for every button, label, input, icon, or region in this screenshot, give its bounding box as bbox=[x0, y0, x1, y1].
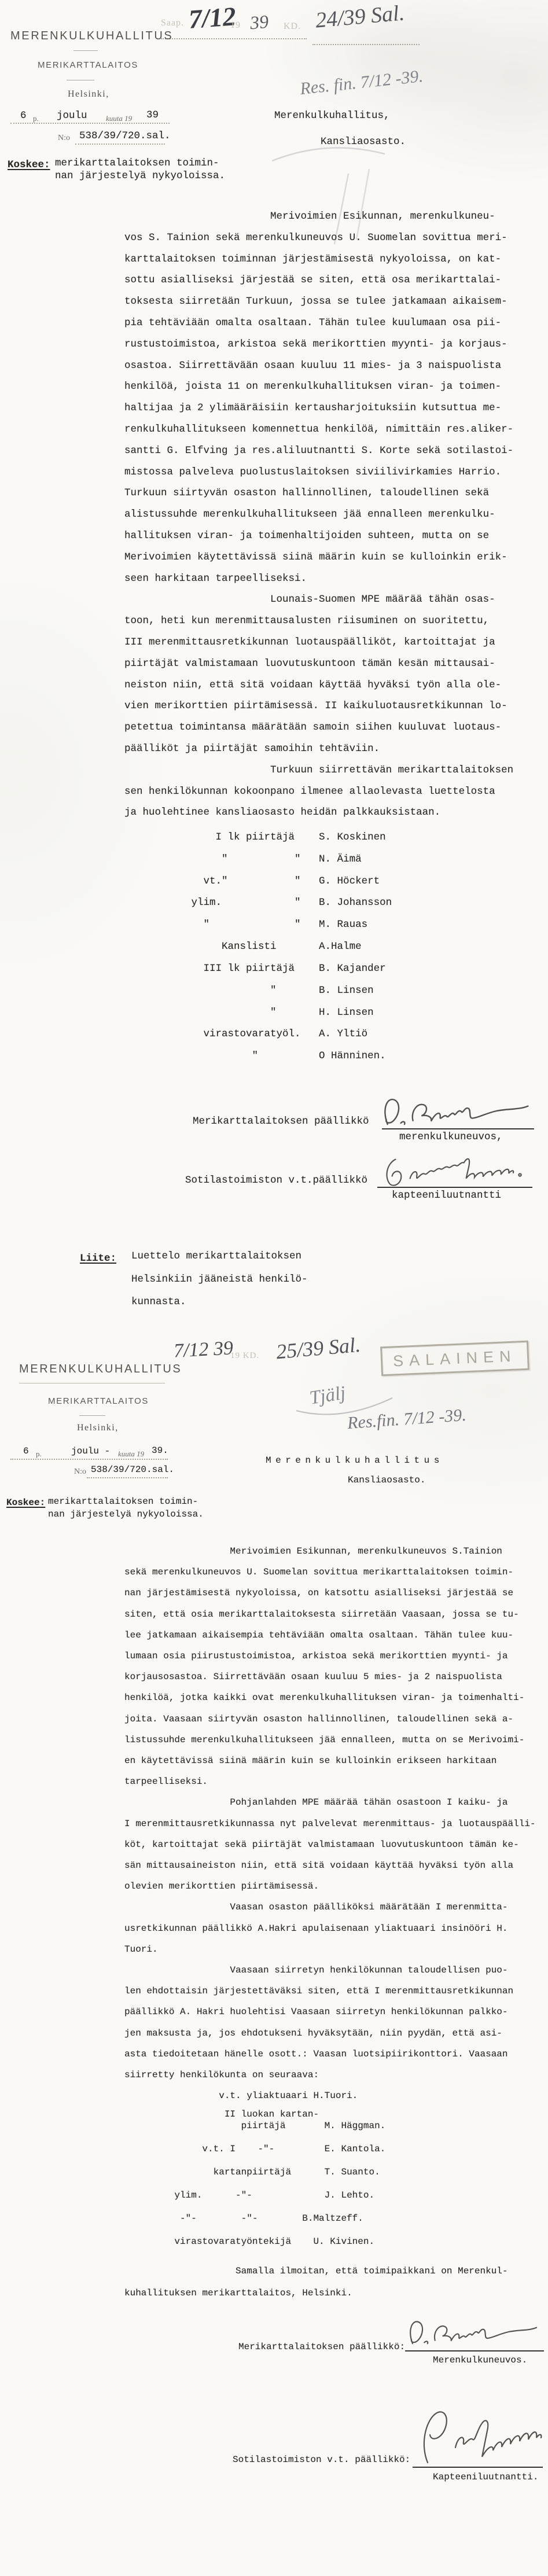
date-kuuta-label: kuuta 19 bbox=[106, 115, 132, 122]
date-dotted-line bbox=[10, 123, 170, 124]
letterhead-rule-3 bbox=[79, 1415, 105, 1416]
number-dotted-line bbox=[75, 143, 165, 145]
diary-number-handwritten: 24/39 Sal. bbox=[315, 2, 406, 31]
date-day: 6 bbox=[20, 110, 27, 122]
number-dotted-line-2 bbox=[87, 1477, 168, 1478]
letter-body: Merivoimien Esikunnan, merenkulkuneu- vo… bbox=[124, 206, 513, 823]
signature2-label-2: Sotilastoimiston v.t. päällikkö: bbox=[233, 2454, 410, 2465]
kd-stamp-label: KD. bbox=[284, 22, 301, 31]
signature2-autograph bbox=[376, 1153, 538, 1188]
signature1-title: merenkulkuneuvos, bbox=[399, 1131, 503, 1143]
signature1-label-2: Merikarttalaitoksen päällikkö: bbox=[238, 2342, 405, 2352]
subject-text-2: merikarttalaitoksen toimin- nan järjeste… bbox=[48, 1495, 204, 1521]
date-year-2: 39. bbox=[152, 1445, 168, 1456]
org-underline-2 bbox=[19, 1383, 165, 1383]
org-title-2: MERENKULKUHALLITUS bbox=[19, 1363, 182, 1375]
subject-label-2: Koskee: bbox=[6, 1497, 45, 1508]
signature1-line-2 bbox=[405, 2350, 544, 2351]
staff-list: I lk piirtäjä S. Koskinen " " N. Äimä vt… bbox=[124, 832, 392, 1062]
date-day-2: 6 bbox=[23, 1446, 29, 1456]
signature2-line bbox=[377, 1187, 532, 1188]
city-label: Helsinki, bbox=[68, 90, 109, 99]
secret-stamp: SALAINEN bbox=[380, 1341, 529, 1377]
signature1-autograph bbox=[379, 1092, 536, 1129]
signature1-line bbox=[382, 1128, 534, 1129]
letterhead-rule bbox=[73, 50, 98, 51]
number-label-2: N:o bbox=[74, 1468, 86, 1476]
date-dotted-line-2 bbox=[10, 1459, 168, 1460]
recipient-org-2: Merenkulkuhallitus bbox=[266, 1455, 444, 1466]
subject-text: merikarttalaitoksen toimin- nan järjeste… bbox=[55, 157, 225, 182]
attachment-text: Luettelo merikarttalaitoksen Helsinkiin … bbox=[131, 1245, 308, 1314]
closing-text-2: Samalla ilmoitan, että toimipaikkani on … bbox=[124, 2260, 508, 2304]
date-month: joulu bbox=[57, 110, 87, 122]
diary-number-handwritten-2: 25/39 Sal. bbox=[275, 1334, 362, 1363]
number-label: N:o bbox=[58, 134, 70, 142]
printed-stamp-remnant-2: 19 KD. bbox=[230, 1352, 259, 1360]
date-p-label: p. bbox=[33, 115, 39, 122]
subject-label: Koskee: bbox=[8, 159, 50, 171]
stamp-dotted-line bbox=[161, 38, 307, 39]
received-year-handwritten: 39 bbox=[249, 12, 270, 32]
received-date-handwritten: 7/12 bbox=[187, 3, 237, 33]
staff-list-2: II luokan kartan- piirtäjä M. Häggman. v… bbox=[124, 2108, 385, 2247]
stamp-dotted-line-2 bbox=[312, 44, 420, 45]
date-year: 39 bbox=[146, 109, 159, 121]
date-kuuta-label-2: kuuta 19 bbox=[118, 1450, 144, 1458]
date-month-2: joulu - bbox=[71, 1446, 110, 1456]
signature1-title-2: Merenkulkuneuvos. bbox=[433, 2355, 527, 2365]
dept-title-2: MERIKARTTALAITOS bbox=[48, 1397, 149, 1405]
attachment-label: Liite: bbox=[80, 1253, 116, 1264]
signature2-label: Sotilastoimiston v.t.päällikkö bbox=[185, 1175, 367, 1186]
recipient-dept: Kansliaosasto. bbox=[321, 136, 406, 148]
dept-title: MERIKARTTALAITOS bbox=[38, 61, 138, 69]
signature2-line-2 bbox=[413, 2467, 543, 2468]
printed-year-stamp: 19 bbox=[230, 21, 241, 30]
number-value-2: 538/39/720.sal. bbox=[91, 1464, 174, 1475]
signature2-title-2: Kapteeniluutnantti. bbox=[433, 2472, 538, 2482]
letter-body-2: Merivoimien Esikunnan, merenkulkuneuvos … bbox=[124, 1541, 536, 2106]
resolution-note-handwritten: Res. fin. 7/12 -39. bbox=[299, 68, 424, 98]
signature1-label: Merikarttalaitoksen päällikkö bbox=[193, 1116, 369, 1127]
recipient-org: Merenkulkuhallitus, bbox=[274, 110, 390, 122]
number-value: 538/39/720.sal. bbox=[79, 130, 171, 142]
scanned-letter-page: Saap. 7/12 19 39 KD. 24/39 Sal. Res. fin… bbox=[0, 0, 548, 2576]
city-label-2: Helsinki, bbox=[77, 1423, 119, 1433]
signature2-autograph-2 bbox=[413, 2406, 543, 2467]
date-p-label-2: p. bbox=[36, 1450, 42, 1458]
recipient-dept-2: Kansliaosasto. bbox=[348, 1475, 425, 1485]
signature2-title: kapteeniluutnantti bbox=[392, 1190, 501, 1201]
received-note-handwritten-2: 7/12 39 bbox=[173, 1338, 234, 1361]
received-stamp-label: Saap. bbox=[161, 19, 184, 28]
org-title: MERENKULKUHALLITUS bbox=[10, 30, 173, 42]
signature1-autograph-2 bbox=[405, 2314, 544, 2349]
letterhead-rule-2 bbox=[67, 80, 94, 80]
